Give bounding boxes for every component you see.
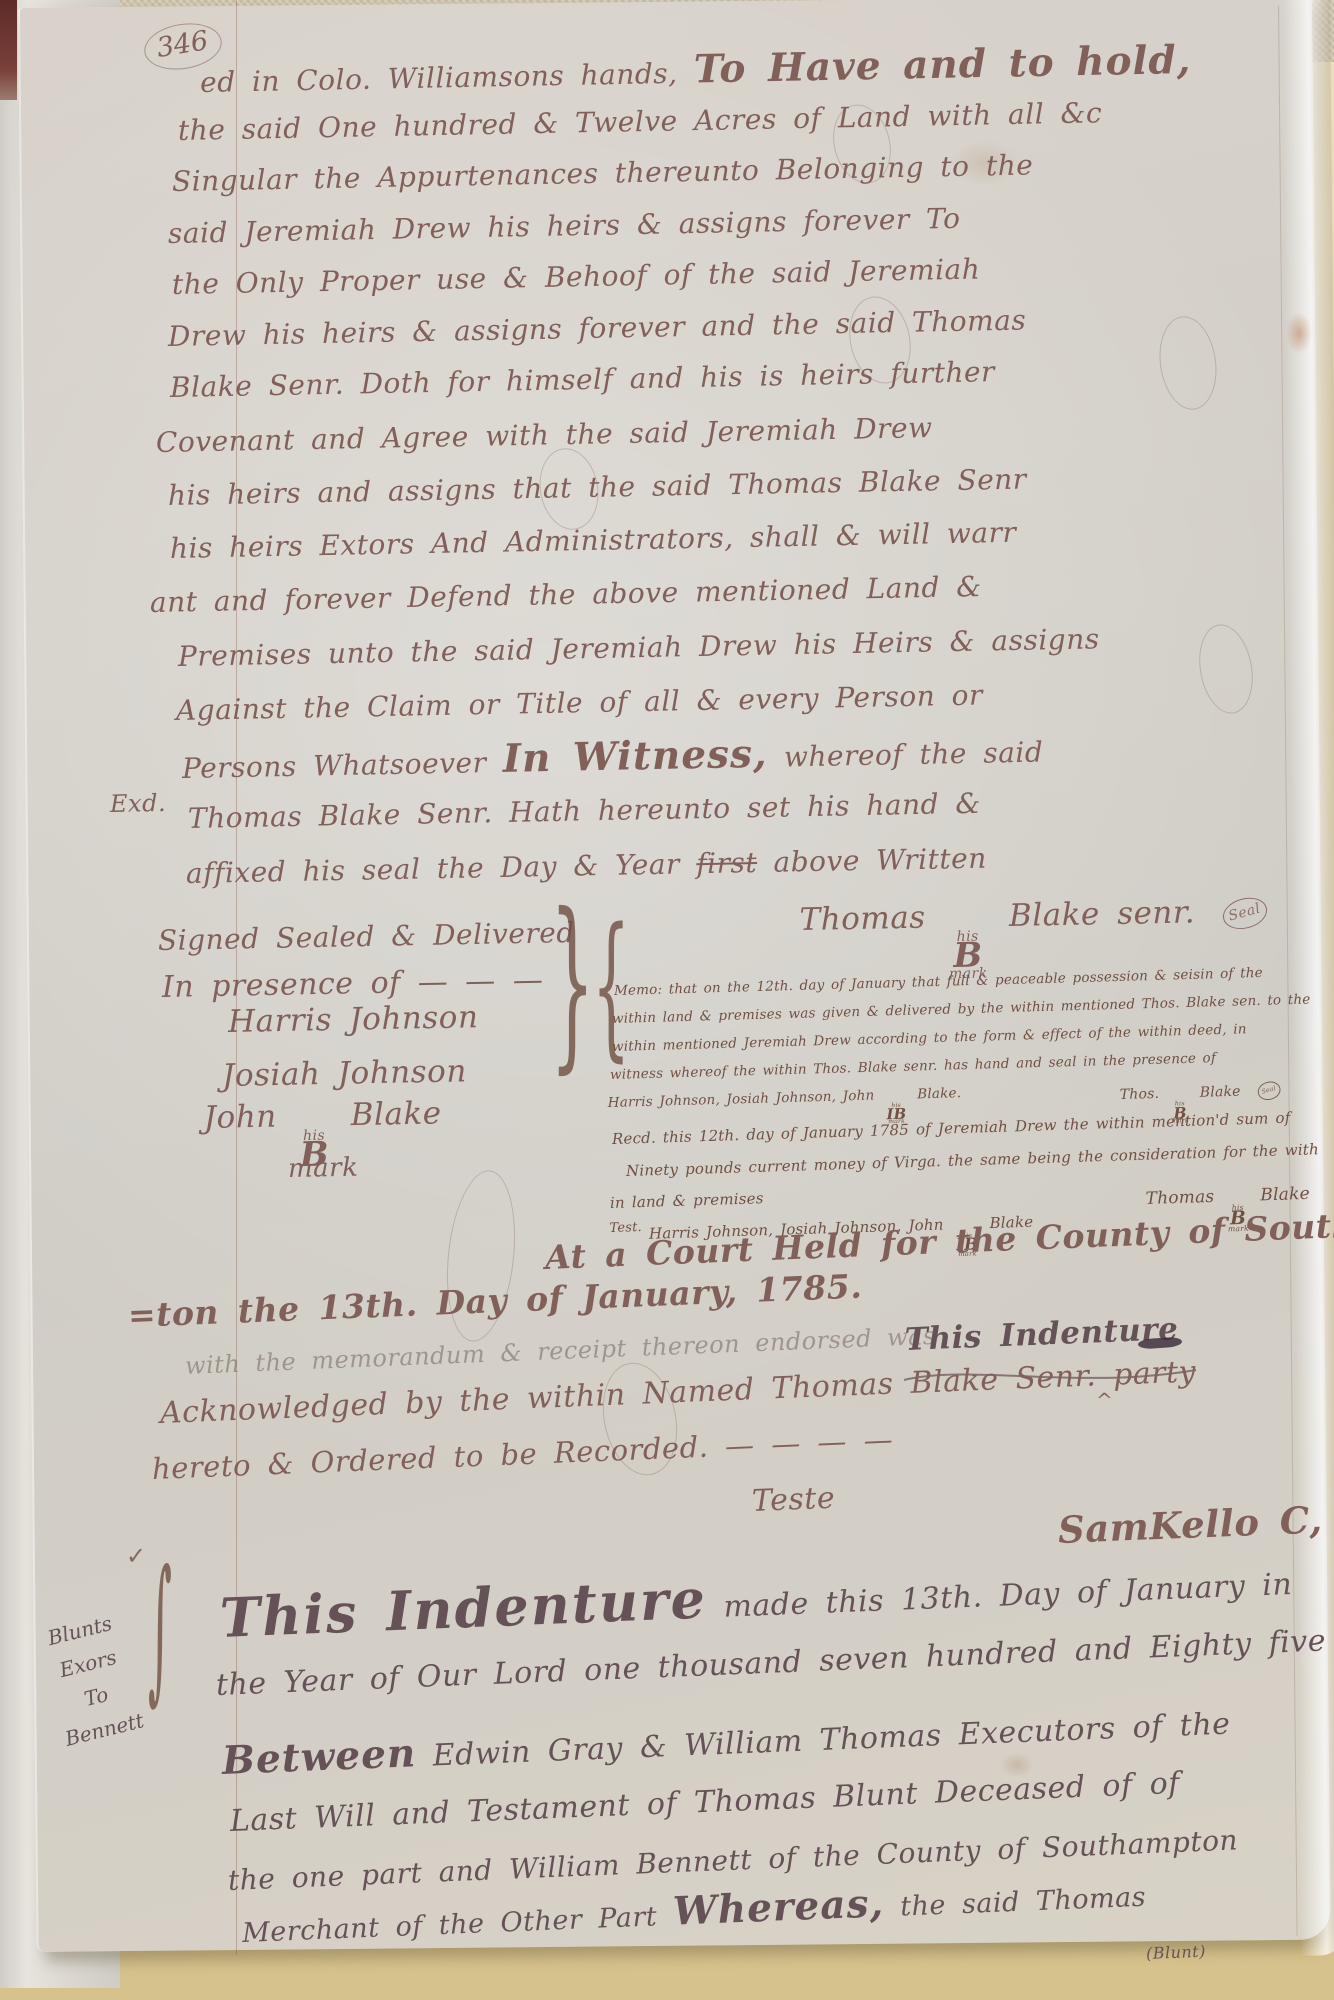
witness-clause: In Witness, — [502, 731, 768, 782]
deed-text: Persons Whatsoever — [182, 746, 487, 785]
witness-text: Blake — [350, 1095, 441, 1133]
witness-text: John — [203, 1099, 277, 1136]
deed-text: above Written — [773, 842, 987, 879]
page-right-edge — [1282, 0, 1334, 1956]
teste-label: Teste — [751, 1481, 835, 1519]
margin-note-brace: ∫ — [148, 1535, 172, 1719]
manuscript-scan: 346 ed in Colo. Williamsons hands, To Ha… — [0, 0, 1334, 2000]
catchword: (Blunt) — [1146, 1942, 1207, 1963]
seal-text: Seal — [1227, 900, 1263, 924]
deed-text: ed in Colo. Williamsons hands, — [200, 57, 678, 99]
memo-text: Harris Johnson, Josiah Johnson, John — [608, 1088, 875, 1111]
witness-name: Harris Johnson — [228, 999, 479, 1040]
indenture-text: the said Thomas — [900, 1882, 1147, 1923]
seal-badge: Seal — [1219, 893, 1270, 934]
witness-brace: } — [550, 878, 595, 1093]
signature-text: Thomas — [1145, 1187, 1214, 1209]
whereas-word: Whereas, — [672, 1880, 885, 1934]
between-word: Between — [221, 1730, 417, 1784]
signature-text: Blake — [1200, 1084, 1241, 1101]
deed-text: whereof the said — [784, 735, 1044, 773]
mark-word: mark — [288, 1153, 359, 1184]
signature-text: Blake senr. — [1009, 894, 1196, 934]
seal-text: Seal — [1260, 1085, 1276, 1096]
memo-text: Blake. — [917, 1085, 961, 1102]
check-mark: ✓ — [126, 1542, 146, 1570]
seal-badge: Seal — [1255, 1079, 1282, 1103]
receipt-line: in land & premises — [610, 1185, 764, 1217]
margin-note-exd: Exd. — [110, 789, 167, 818]
habendum-clause: To Have and to hold, — [693, 37, 1191, 93]
presence-line: In presence of — — — — [162, 963, 544, 1005]
paper-stain — [1286, 312, 1312, 354]
book-cover-corner — [0, 0, 17, 100]
struck-word: first — [696, 846, 757, 880]
signature-text: Thomas — [799, 900, 926, 938]
signature-text: Blake — [1260, 1184, 1310, 1206]
signature-text: Thos. — [1120, 1086, 1160, 1103]
witness-name: Josiah Johnson — [222, 1053, 467, 1094]
